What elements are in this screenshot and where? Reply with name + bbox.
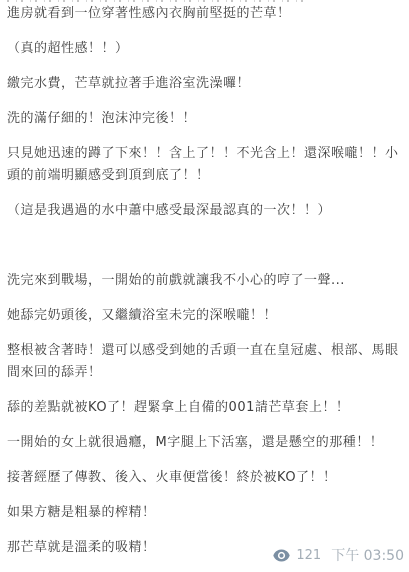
post-paragraph: [7, 235, 403, 257]
post-page: 進房就看到一位穿著性感內衣胸前堅挺的芒草！（真的超性感！！）繳完水費，芒草就拉著…: [0, 0, 409, 572]
post-paragraph: 進房就看到一位穿著性感內衣胸前堅挺的芒草！: [7, 3, 403, 25]
post-paragraph: 繳完水費，芒草就拉著手進浴室洗澡囉！: [7, 73, 403, 95]
eye-icon: [273, 549, 290, 562]
post-paragraph: 她舔完奶頭後，又繼續浴室未完的深喉嚨！！: [7, 305, 403, 327]
post-paragraph: 一開始的女上就很過癮，M字腿上下活塞，還是懸空的那種！！: [7, 432, 403, 454]
post-paragraph: 如果方糖是粗暴的榨精！: [7, 502, 403, 524]
post-paragraph: （真的超性感！！）: [7, 38, 403, 60]
post-content: 進房就看到一位穿著性感內衣胸前堅挺的芒草！（真的超性感！！）繳完水費，芒草就拉著…: [0, 0, 409, 572]
post-paragraph: 洗的滿仔細的！泡沫沖完後！！: [7, 108, 403, 130]
post-paragraph: 洗完來到戰場，一開始的前戲就讓我不小心的哼了一聲...: [7, 270, 403, 292]
post-paragraph: 舔的差點就被KO了！趕緊拿上自備的001請芒草套上！！: [7, 397, 403, 419]
post-paragraph: （這是我遇過的水中蕭中感受最深最認真的一次！！）: [7, 200, 403, 222]
post-meta-footer: 121 下午 03:50: [273, 545, 404, 565]
post-paragraph: 整根被含著時！還可以感受到她的舌頭一直在皇冠處、根部、馬眼間來回的舔弄！: [7, 340, 403, 384]
view-count: 121: [296, 548, 321, 563]
post-paragraph: 只見她迅速的蹲了下來！！含上了！！不光含上！還深喉嚨！！小頭的前端明顯感受到頂到…: [7, 143, 403, 187]
post-paragraph: 接著經歷了傳教、後入、火車便當後！終於被KO了！！: [7, 467, 403, 489]
post-time: 下午 03:50: [331, 545, 404, 565]
